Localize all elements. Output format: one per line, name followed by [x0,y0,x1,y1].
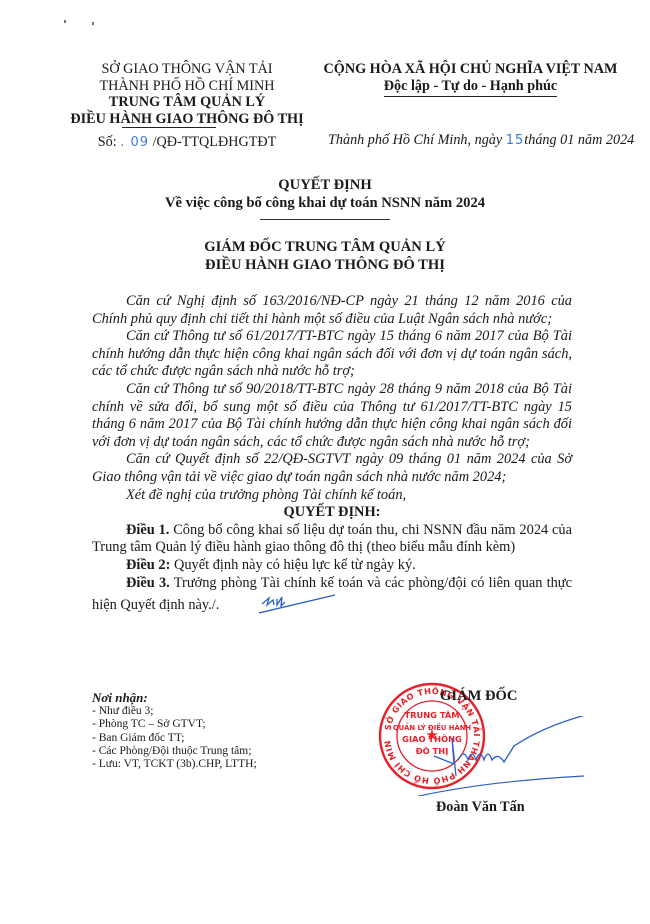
agency-parent-line2: THÀNH PHỐ HỒ CHÍ MINH [62,78,312,95]
document-number-suffix: /QĐ-TTQLĐHGTĐT [149,134,276,150]
article-3: Điều 3. Trưởng phòng Tài chính kế toán v… [92,575,572,620]
initials-signature-icon [225,592,339,620]
document-number-prefix: Số: [98,134,120,150]
issuing-authority: GIÁM ĐỐC TRUNG TÂM QUẢN LÝ ĐIỀU HÀNH GIA… [0,238,650,274]
article-label: Điều 1. [126,522,169,538]
recipient-item: - Lưu: VT, TCKT (3b).CHP, LTTH; [92,758,332,771]
decision-heading: QUYẾT ĐỊNH: [92,504,572,522]
issue-date-suffix: tháng 01 năm 2024 [524,132,634,148]
recipient-item: - Phòng TC – Sở GTVT; [92,718,332,731]
issue-date-day-handwritten: 15 [506,133,525,148]
issue-date-prefix: Thành phố Hồ Chí Minh, ngày [328,132,506,148]
recipients-list: Nơi nhận: - Như điều 3; - Phòng TC – Sở … [92,690,332,771]
preamble-item: Căn cứ Thông tư số 61/2017/TT-BTC ngày 1… [92,328,572,381]
issuing-agency-header: SỞ GIAO THÔNG VẬN TẢI THÀNH PHỐ HỒ CHÍ M… [62,61,312,152]
signer-role: GIÁM ĐỐC [440,688,517,705]
signer-name: Đoàn Văn Tấn [436,799,525,816]
scan-speck [64,20,66,23]
article-label: Điều 2: [126,557,170,573]
country-name: CỘNG HÒA XÃ HỘI CHỦ NGHĨA VIỆT NAM [318,61,623,78]
preamble-item: Căn cứ Nghị định số 163/2016/NĐ-CP ngày … [92,293,572,328]
preamble-item: Căn cứ Quyết định số 22/QĐ-SGTVT ngày 09… [92,451,572,486]
agency-parent-line1: SỞ GIAO THÔNG VẬN TẢI [62,61,312,78]
article-label: Điều 3. [126,575,170,591]
decision-title: QUYẾT ĐỊNH Về việc công bố công khai dự … [0,176,650,274]
document-number-handwritten: . 09 [120,135,149,150]
document-number: Số: . 09 /QĐ-TTQLĐHGTĐT [62,134,312,152]
agency-name-line2: ĐIỀU HÀNH GIAO THÔNG ĐÔ THỊ [70,111,303,128]
recipient-item: - Như điều 3; [92,705,332,718]
document-type: QUYẾT ĐỊNH [0,176,650,194]
scan-speck [92,22,94,25]
national-header: CỘNG HÒA XÃ HỘI CHỦ NGHĨA VIỆT NAM Độc l… [318,61,623,97]
issue-date: Thành phố Hồ Chí Minh, ngày 15tháng 01 n… [328,132,628,149]
document-page: SỞ GIAO THÔNG VẬN TẢI THÀNH PHỐ HỒ CHÍ M… [0,0,650,924]
article-text: Quyết định này có hiệu lực kể từ ngày ký… [170,557,415,573]
recipient-item: - Các Phòng/Đội thuộc Trung tâm; [92,745,332,758]
decision-body: Căn cứ Nghị định số 163/2016/NĐ-CP ngày … [92,293,572,620]
preamble-item: Căn cứ Thông tư số 90/2018/TT-BTC ngày 2… [92,381,572,451]
article-1: Điều 1. Công bố công khai số liệu dự toá… [92,522,572,557]
agency-name-line1: TRUNG TÂM QUẢN LÝ [62,94,312,111]
document-subject: Về việc công bố công khai dự toán NSNN n… [0,194,650,212]
authority-line1: GIÁM ĐỐC TRUNG TÂM QUẢN LÝ [0,238,650,256]
title-divider [260,219,390,220]
article-2: Điều 2: Quyết định này có hiệu lực kể từ… [92,557,572,575]
handwritten-signature-icon [394,716,594,796]
national-motto: Độc lập - Tự do - Hạnh phúc [384,78,557,97]
recipients-heading: Nơi nhận: [92,690,332,705]
preamble-item: Xét đề nghị của trưởng phòng Tài chính k… [92,487,572,505]
recipient-item: - Ban Giám đốc TT; [92,732,332,745]
authority-line2: ĐIỀU HÀNH GIAO THÔNG ĐÔ THỊ [0,256,650,274]
agency-underline [122,127,216,128]
